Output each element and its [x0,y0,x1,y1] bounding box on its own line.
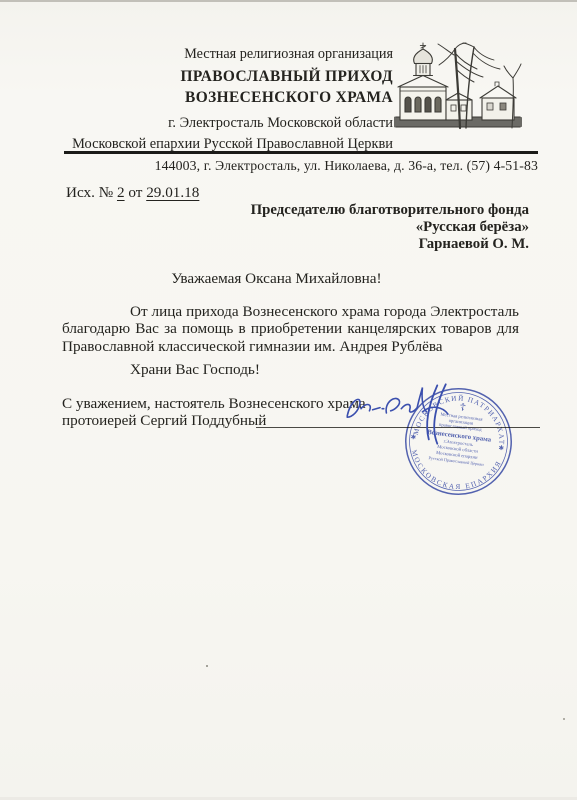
org-type-line: Местная религиозная организация [40,44,393,64]
address-line: 144003, г. Электросталь, ул. Николаева, … [155,158,538,174]
ref-date: 29.01.18 [146,184,199,201]
recipient-block: Председателю благотворительного фонда «Р… [251,202,529,254]
ref-conjunction: от [128,184,142,201]
signoff-line-1: С уважением, настоятель Вознесенского хр… [62,395,366,413]
handwritten-signature [344,383,450,445]
org-name-line-1: ПРАВОСЛАВНЫЙ ПРИХОД [40,67,393,88]
recipient-line-2: «Русская берёза» [251,219,529,236]
scan-speck [206,665,208,667]
org-city-line: г. Электросталь Московской области [40,113,393,134]
stamp-asterisk-right-icon: ✱ [498,444,504,453]
scan-edge [0,0,577,2]
blessing-line: Храни Вас Господь! [130,361,260,379]
scan-speck [563,718,565,720]
greeting-line: Уважаемая Оксана Михайловна! [0,270,553,288]
org-name-line-2: ВОЗНЕСЕНСКОГО ХРАМА [40,88,393,109]
ref-prefix: Исх. № [66,184,113,201]
outgoing-reference: Исх. № 2 от 29.01.18 [66,184,199,202]
letterhead-divider [64,151,538,154]
body-paragraph: От лица прихода Вознесенского храма горо… [62,303,519,355]
ref-number: 2 [117,184,125,201]
orthodox-cross-icon: ☦ [459,401,467,414]
letterhead: Местная религиозная организация ПРАВОСЛА… [40,44,393,155]
scanned-letter-page: Местная религиозная организация ПРАВОСЛА… [0,0,577,800]
signoff-line-2: протоиерей Сергий Поддубный [62,412,266,430]
recipient-line-1: Председателю благотворительного фонда [251,202,529,219]
recipient-line-3: Гарнаевой О. М. [251,236,529,253]
church-illustration [394,42,522,146]
